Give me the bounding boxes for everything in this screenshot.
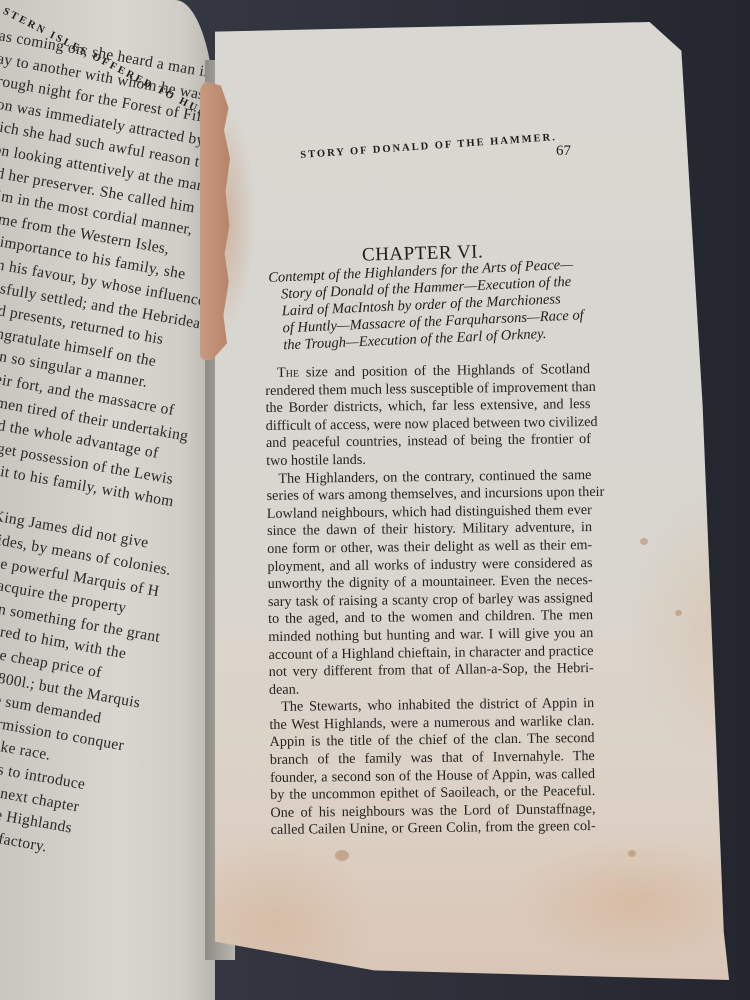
foxing-spot	[628, 850, 636, 857]
foxing-spot	[675, 610, 682, 616]
chapter-summary: Contempt of the Highlanders for the Arts…	[268, 256, 589, 355]
text-fragment: size and position of the Highlands of Sc…	[299, 361, 590, 381]
left-page-text: orm was coming on, she heard a man in th…	[0, 18, 215, 866]
chapter-body: The size and position of the Highlands o…	[265, 361, 596, 840]
left-book-page: STERN ISLES OFFERED TO HUNTLY. orm was c…	[0, 0, 215, 1000]
page-number: 67	[556, 143, 571, 160]
foxing-spot	[640, 538, 648, 545]
lead-word: The	[277, 365, 299, 381]
foxing-spot	[335, 850, 349, 861]
